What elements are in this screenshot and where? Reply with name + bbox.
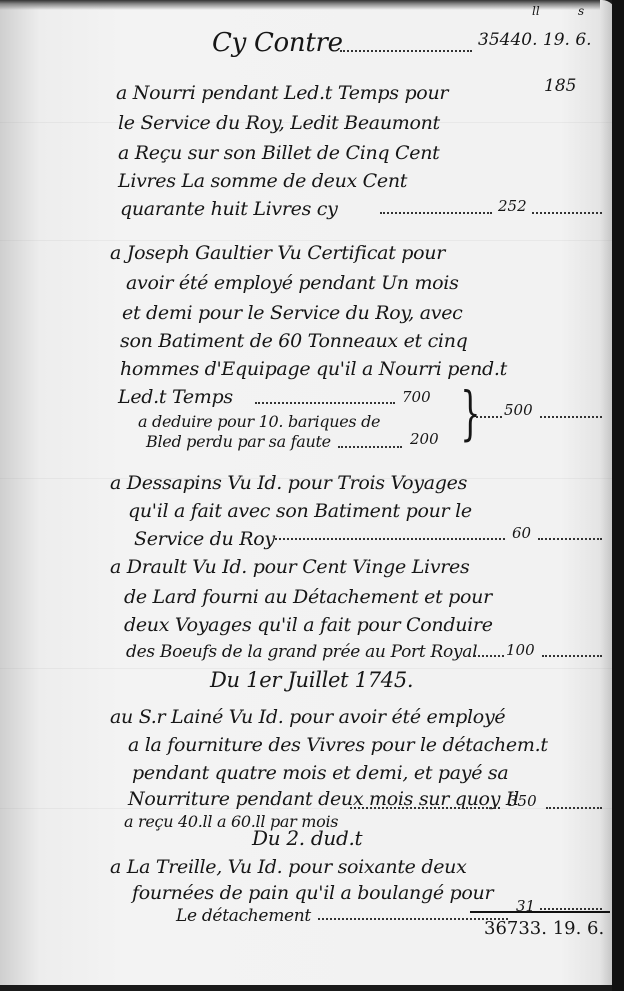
entry-line: avoir été employé pendant Un mois bbox=[126, 272, 459, 294]
leader-dots bbox=[540, 416, 602, 418]
sub-item-amount: 200 bbox=[410, 430, 439, 448]
entry-line: des Boeufs de la grand prée au Port Roya… bbox=[126, 642, 477, 662]
entry-line: Service du Roy bbox=[134, 528, 275, 550]
leader-dots bbox=[532, 212, 602, 214]
sub-item-label: Bled perdu par sa faute bbox=[146, 432, 331, 451]
page-edge bbox=[612, 0, 624, 991]
entry-line: hommes d'Equipage qu'il a Nourri pend.t bbox=[120, 358, 507, 380]
leader-dots bbox=[540, 908, 602, 910]
unit-mark-livres: ll bbox=[532, 4, 540, 18]
entry-line: fournées de pain qu'il a boulangé pour bbox=[132, 882, 493, 904]
sub-item-amount: 700 bbox=[402, 388, 431, 406]
leader-dots bbox=[275, 538, 505, 540]
entry-line: son Batiment de 60 Tonneaux et cinq bbox=[120, 330, 468, 352]
entry-amount: 350 bbox=[508, 792, 537, 810]
entry-line: a Reçu sur son Billet de Cinq Cent bbox=[118, 142, 439, 164]
sum-line bbox=[470, 911, 610, 913]
manuscript-page: Cy Contre 35440. 19. 6. ll s 185 a Nourr… bbox=[0, 0, 616, 985]
entry-line: Le détachement bbox=[176, 906, 311, 926]
entry-line: qu'il a fait avec son Batiment pour le bbox=[128, 500, 472, 522]
entry-amount: 500 bbox=[504, 401, 533, 419]
entry-line: a Nourri pendant Led.t Temps pour bbox=[116, 82, 448, 104]
entry-amount: 252 bbox=[498, 197, 527, 215]
entry-line: au S.r Lainé Vu Id. pour avoir été emplo… bbox=[110, 706, 505, 728]
entry-line: a Joseph Gaultier Vu Certificat pour bbox=[110, 242, 445, 264]
entry-line: le Service du Roy, Ledit Beaumont bbox=[118, 112, 440, 134]
carried-forward-amount: 35440. 19. 6. bbox=[478, 30, 592, 50]
leader-dots bbox=[318, 918, 508, 920]
date-heading: Du 2. dud.t bbox=[252, 826, 362, 850]
leader-dots bbox=[538, 538, 602, 540]
leader-dots bbox=[350, 807, 500, 809]
leader-dots bbox=[474, 655, 504, 657]
ruled-line bbox=[0, 240, 616, 241]
entry-line: a La Treille, Vu Id. pour soixante deux bbox=[110, 856, 467, 878]
leader-dots bbox=[338, 446, 402, 448]
entry-line: pendant quatre mois et demi, et payé sa bbox=[132, 762, 508, 784]
leader-dots bbox=[380, 212, 492, 214]
unit-mark-sols: s bbox=[578, 4, 584, 18]
sub-item-label: Led.t Temps bbox=[118, 386, 233, 408]
page-top-shadow bbox=[0, 0, 600, 10]
entry-line: et demi pour le Service du Roy, avec bbox=[122, 302, 462, 324]
entry-line: Livres La somme de deux Cent bbox=[118, 170, 407, 192]
folio-number: 185 bbox=[544, 76, 576, 96]
entry-amount: 100 bbox=[506, 641, 535, 659]
leader-dots bbox=[476, 416, 502, 418]
sub-item-label: a deduire pour 10. bariques de bbox=[138, 412, 380, 431]
entry-line: deux Voyages qu'il a fait pour Conduire bbox=[124, 614, 493, 636]
entry-line: a la fourniture des Vivres pour le détac… bbox=[128, 734, 548, 756]
leader-dots bbox=[542, 655, 602, 657]
date-heading: Du 1er Juillet 1745. bbox=[210, 668, 413, 692]
entry-line: de Lard fourni au Détachement et pour bbox=[124, 586, 492, 608]
entry-line: quarante huit Livres cy bbox=[120, 198, 338, 220]
leader-dots bbox=[546, 807, 602, 809]
total-amount: 36733. 19. 6. bbox=[484, 918, 604, 939]
entry-line: a Dessapins Vu Id. pour Trois Voyages bbox=[110, 472, 467, 494]
header-label: Cy Contre bbox=[212, 28, 343, 58]
leader-dots bbox=[340, 50, 472, 52]
leader-dots bbox=[255, 402, 395, 404]
entry-amount: 60 bbox=[512, 524, 531, 542]
brace: } bbox=[460, 384, 480, 442]
entry-line: a Drault Vu Id. pour Cent Vinge Livres bbox=[110, 556, 469, 578]
